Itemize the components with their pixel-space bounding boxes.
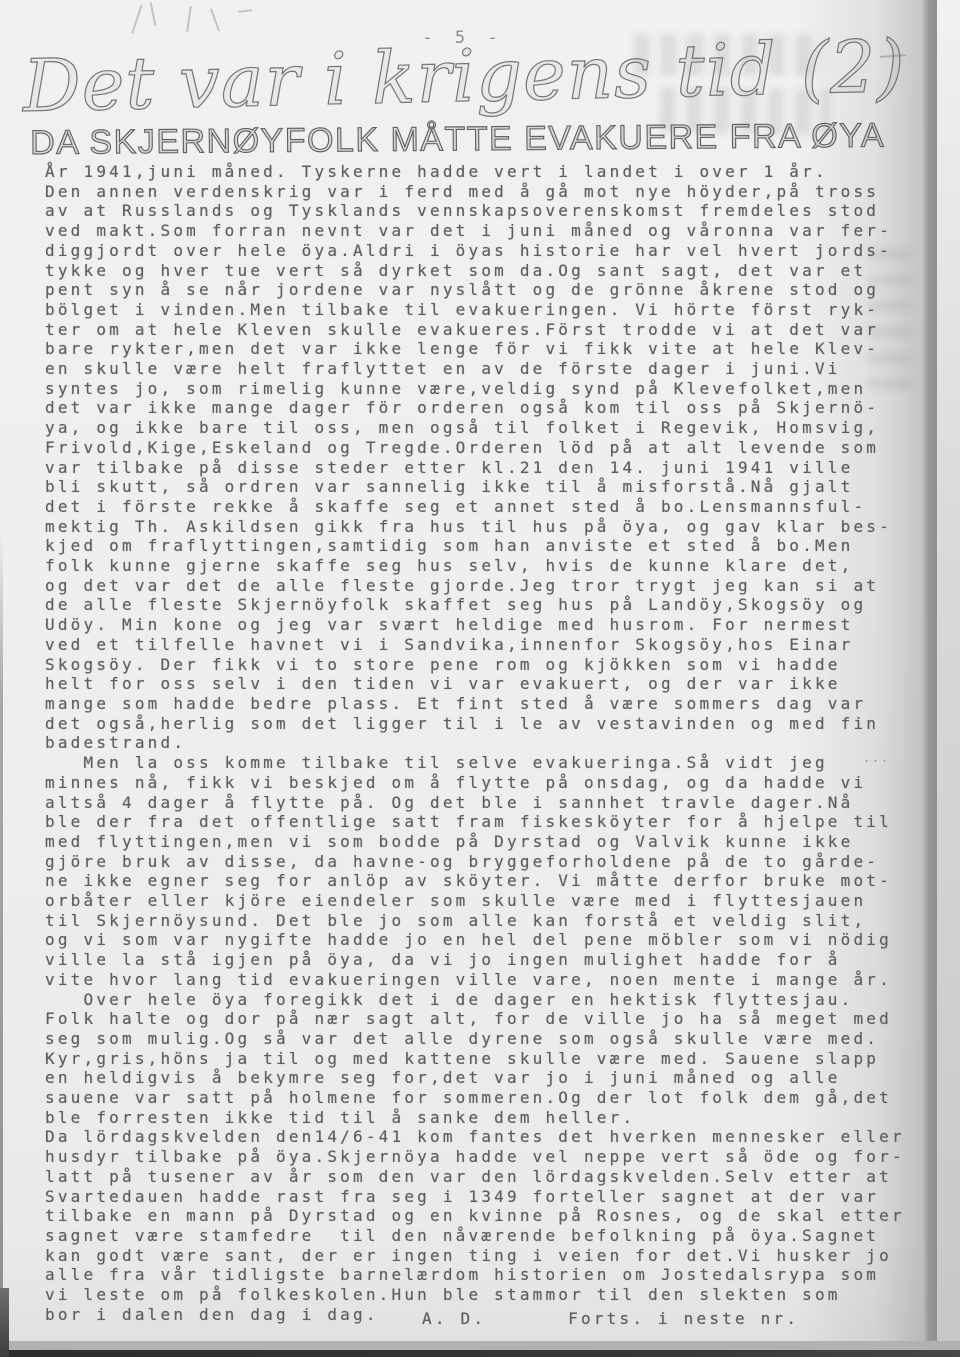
page-subtitle: DA SKJERNØYFOLK MÅTTE EVAKUERE FRA ØYA (30, 117, 885, 163)
scan-background-bottom (0, 1350, 960, 1357)
scan-background-right (937, 0, 960, 1357)
scan-corner-shadow (0, 1288, 9, 1357)
scanned-page: - 5 - Det var i krigens tid (2) DA SKJER… (0, 0, 922, 1341)
signature-row: A. D.Forts. i neste nr. (45, 1309, 915, 1328)
page-bottom-edge (0, 1341, 960, 1350)
body-text: År 1941,juni måned. Tyskerne hadde vert … (45, 162, 915, 1324)
stray-dots-mark: ... (862, 748, 889, 766)
signature-initials: A. D. (422, 1309, 486, 1328)
document-scan: - 5 - Det var i krigens tid (2) DA SKJER… (0, 0, 960, 1357)
page-edge-shadow (922, 0, 937, 1357)
page-left-edge (0, 530, 3, 1357)
continuation-note: Forts. i neste nr. (568, 1309, 799, 1328)
